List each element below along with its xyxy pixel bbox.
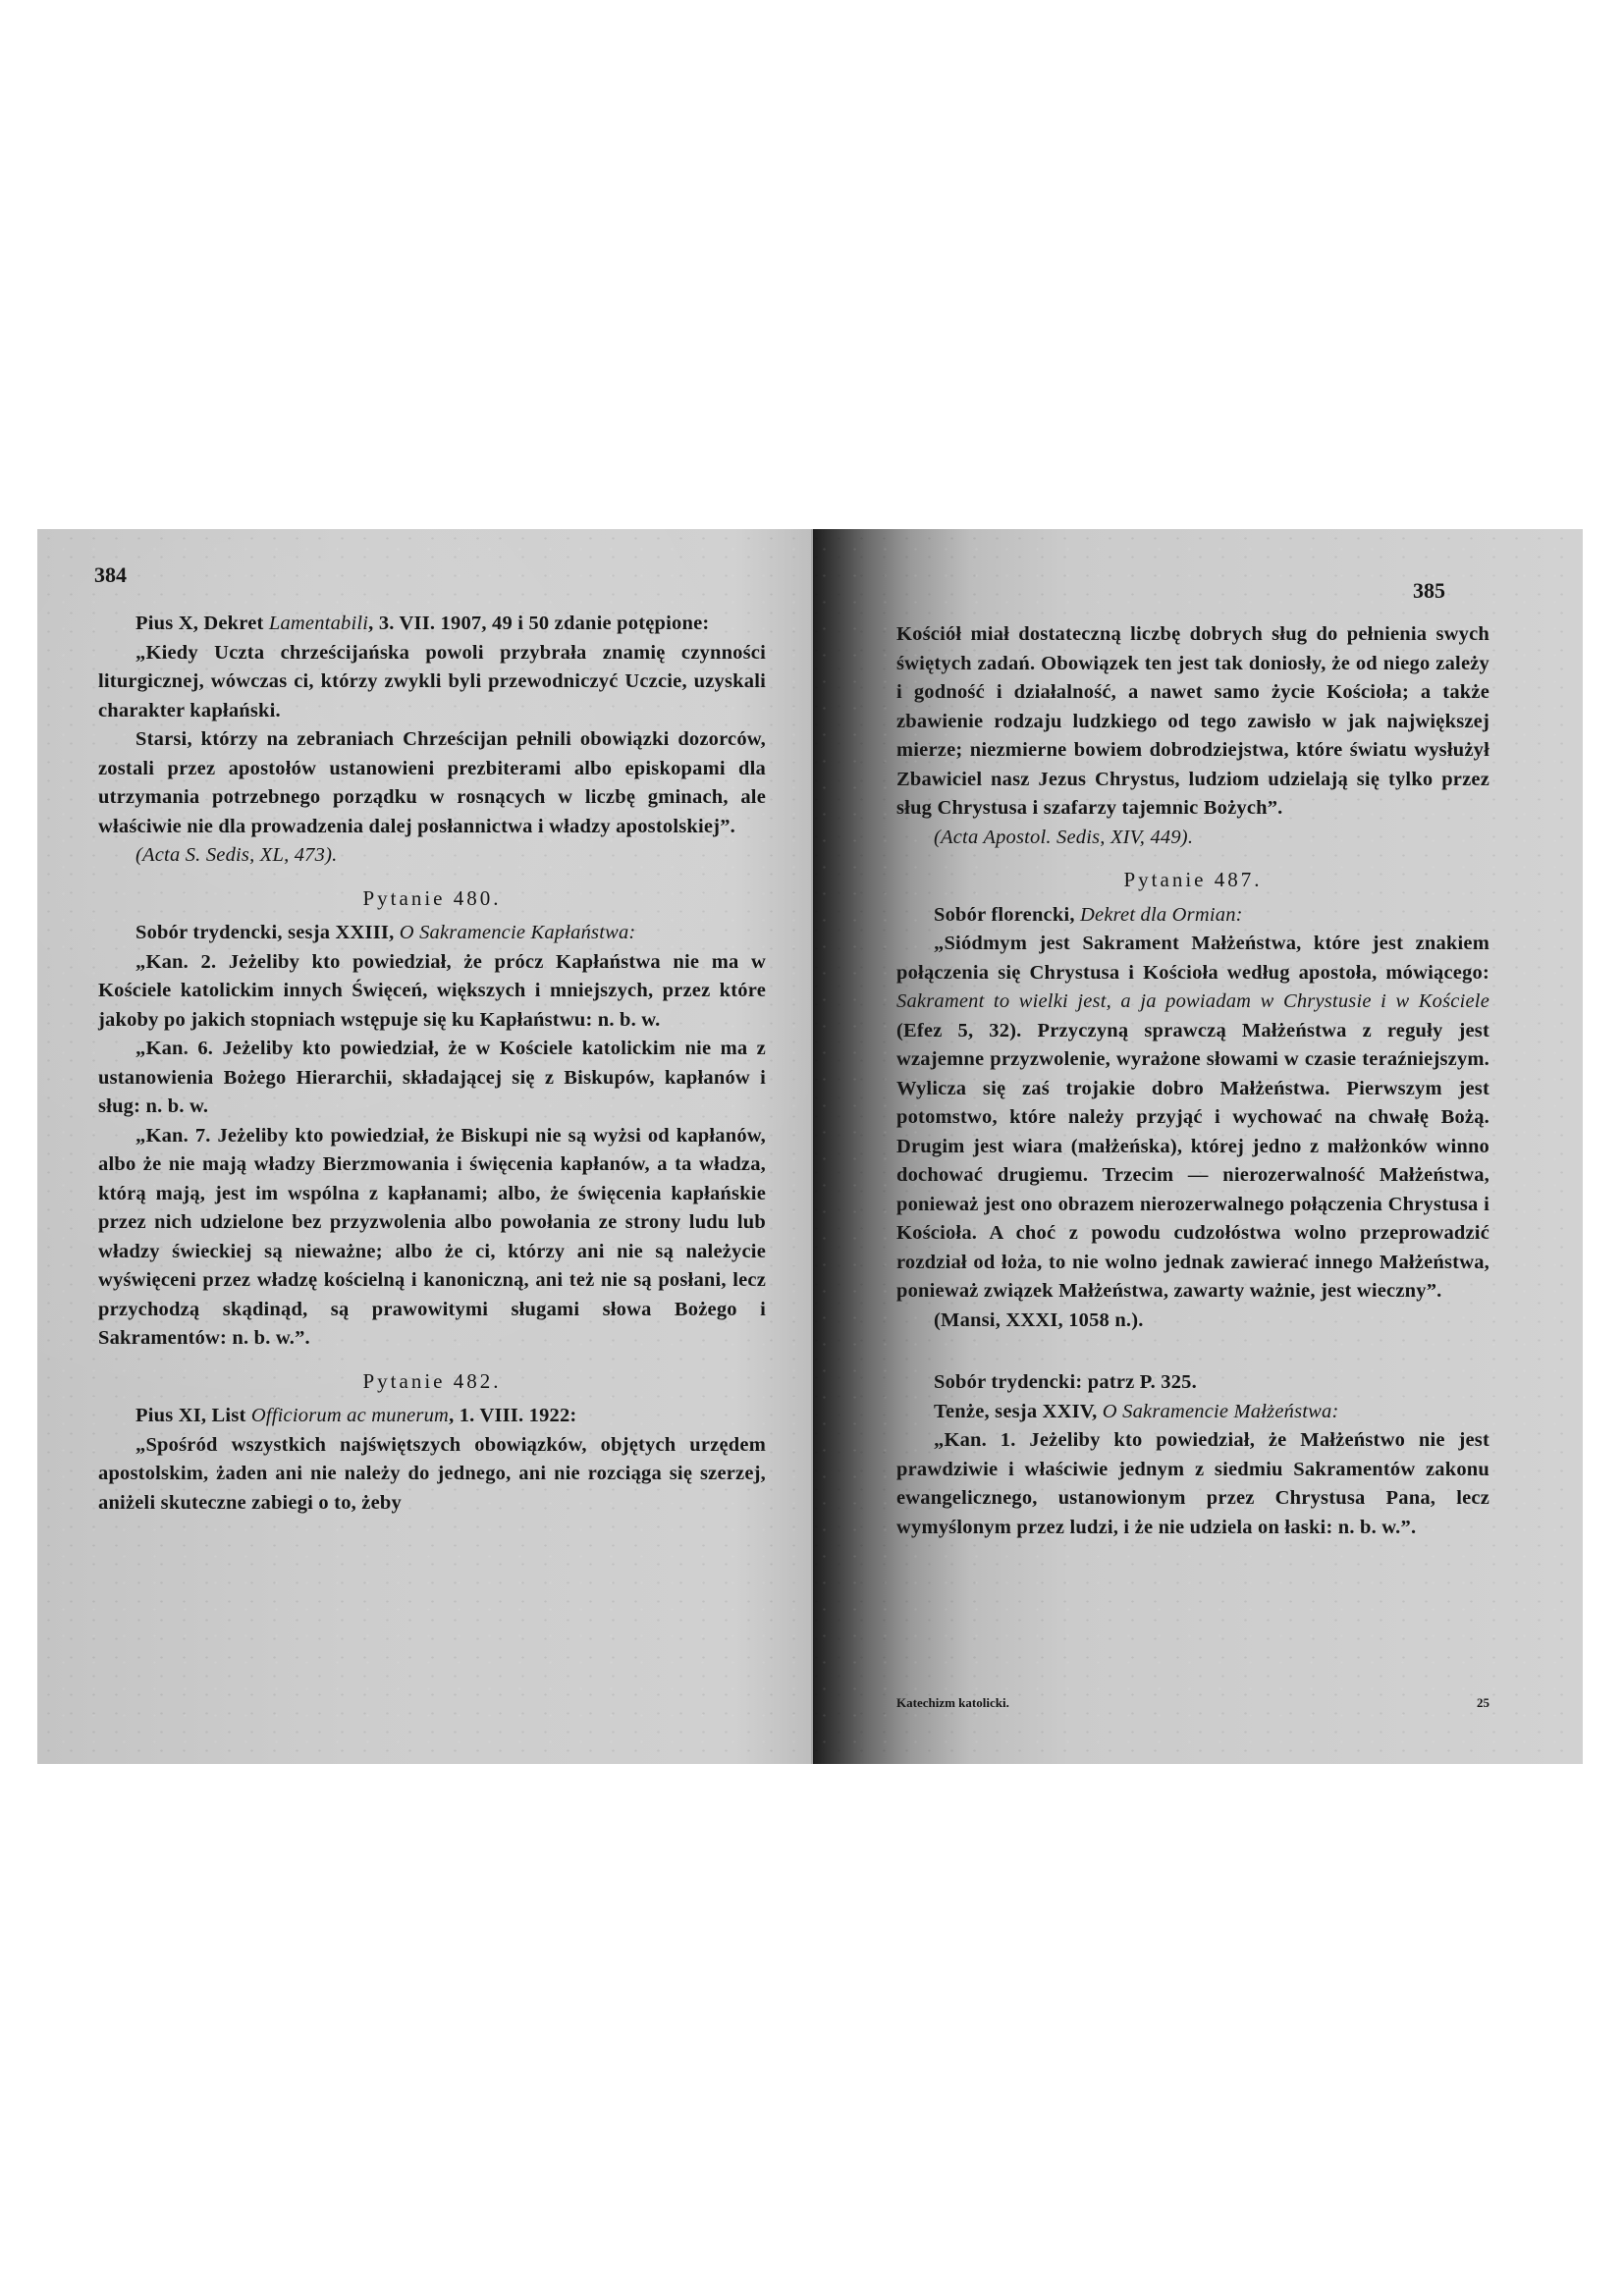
right-page-text: Kościół miał dostateczną liczbę dobrych … (896, 620, 1489, 1542)
source-line: Tenże, sesja XXIV, O Sakramencie Małżeńs… (896, 1398, 1489, 1427)
book-scan: 384 Pius X, Dekret Lamentabili, 3. VII. … (37, 529, 1583, 1764)
left-page-text: Pius X, Dekret Lamentabili, 3. VII. 1907… (98, 610, 766, 1518)
question-heading: Pytanie 480. (98, 884, 766, 914)
right-page: 385 Kościół miał dostateczną liczbę dobr… (813, 529, 1583, 1764)
quote-paragraph: „Spośród wszystkich najświętszych obowią… (98, 1431, 766, 1519)
quote-paragraph: „Kan. 6. Jeżeliby kto powiedział, że w K… (98, 1035, 766, 1122)
citation: (Mansi, XXXI, 1058 n.). (896, 1307, 1489, 1336)
question-heading: Pytanie 482. (98, 1367, 766, 1397)
source-line: Sobór florencki, Dekret dla Ormian: (896, 901, 1489, 931)
quote-paragraph: „Kan. 7. Jeżeliby kto powiedział, że Bis… (98, 1122, 766, 1354)
page-number-right: 385 (1413, 578, 1445, 604)
signature-title: Katechizm katolicki. (896, 1695, 1009, 1711)
source-line: Pius XI, List Officiorum ac munerum, 1. … (98, 1402, 766, 1431)
left-page: 384 Pius X, Dekret Lamentabili, 3. VII. … (37, 529, 813, 1764)
quote-paragraph: „Siódmym jest Sakrament Małżeństwa, któr… (896, 930, 1489, 1307)
quote-paragraph: „Kiedy Uczta chrześcijańska powoli przyb… (98, 639, 766, 726)
source-line: Sobór trydencki, sesja XXIII, O Sakramen… (98, 919, 766, 948)
question-heading: Pytanie 487. (896, 866, 1489, 895)
citation: (Acta S. Sedis, XL, 473). (98, 841, 766, 871)
printer-signature: Katechizm katolicki. 25 (896, 1695, 1489, 1711)
signature-number: 25 (1477, 1695, 1489, 1711)
page-number-left: 384 (94, 562, 127, 588)
quote-paragraph: „Kan. 2. Jeżeliby kto powiedział, że pró… (98, 948, 766, 1036)
source-line: Sobór trydencki: patrz P. 325. (896, 1368, 1489, 1398)
source-line: Pius X, Dekret Lamentabili, 3. VII. 1907… (98, 610, 766, 639)
quote-paragraph: „Kan. 1. Jeżeliby kto powiedział, że Mał… (896, 1426, 1489, 1542)
citation: (Acta Apostol. Sedis, XIV, 449). (896, 824, 1489, 853)
quote-paragraph: Starsi, którzy na zebraniach Chrześcijan… (98, 725, 766, 841)
continuation-paragraph: Kościół miał dostateczną liczbę dobrych … (896, 620, 1489, 824)
